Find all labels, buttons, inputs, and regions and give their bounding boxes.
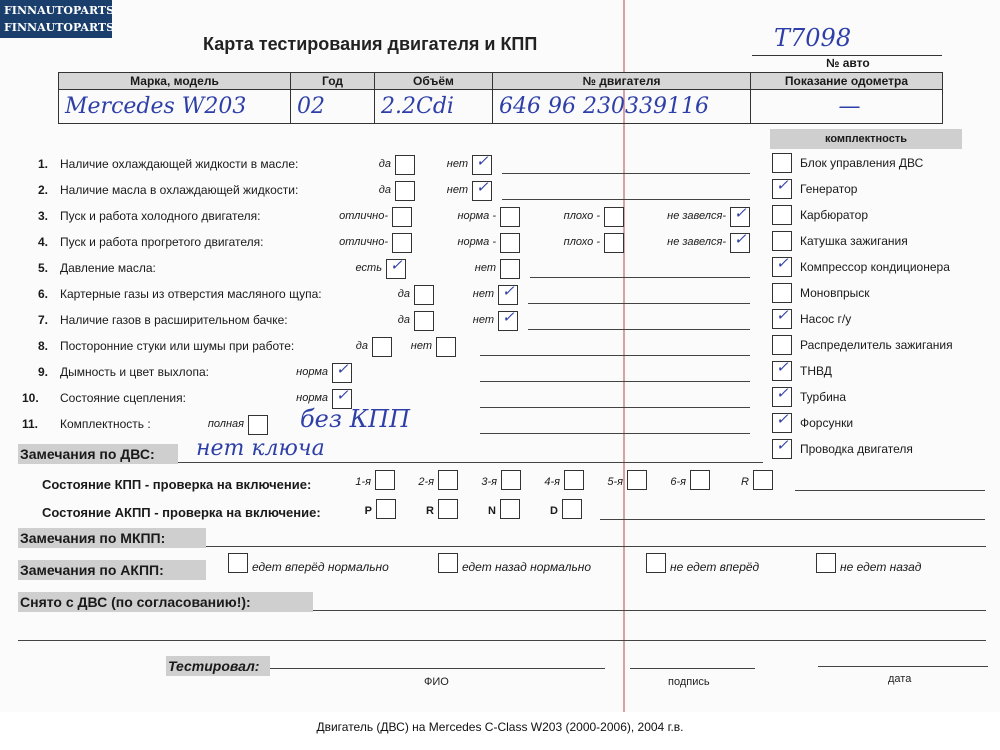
option-label: плохо - xyxy=(564,236,600,248)
option-label: не завелся- xyxy=(667,236,726,248)
item-number: 5. xyxy=(38,261,48,275)
gear-label: 4-я xyxy=(544,476,560,488)
completeness-item-label: ТНВД xyxy=(800,364,832,378)
check-item-label: Давление масла: xyxy=(60,261,156,275)
item-number: 2. xyxy=(38,183,48,197)
position-label: N xyxy=(488,505,496,517)
option-label: да xyxy=(379,184,391,196)
item-number: 11. xyxy=(22,417,38,431)
gear-label: 5-я xyxy=(607,476,623,488)
engine-remarks-label: Замечания по ДВС: xyxy=(18,444,178,464)
option-label: плохо - xyxy=(564,210,600,222)
check-mark-icon: ✓ xyxy=(502,308,515,326)
option-label: нет xyxy=(473,288,494,300)
check-mark-icon: ✓ xyxy=(776,176,789,194)
removed-line-1 xyxy=(313,610,986,611)
completeness-checkbox[interactable] xyxy=(772,283,792,303)
item-number: 1. xyxy=(38,157,48,171)
completeness-item-label: Катушка зажигания xyxy=(800,234,908,248)
kpp-line xyxy=(795,490,985,491)
vehicle-info-table: Марка, модель Год Объём № двигателя Пока… xyxy=(58,72,943,124)
gear-checkbox[interactable] xyxy=(438,470,458,490)
completeness-item-label: Проводка двигателя xyxy=(800,442,913,456)
check-mark-icon: ✓ xyxy=(776,436,789,454)
option-label: есть xyxy=(356,262,382,274)
gear-label: R xyxy=(741,476,749,488)
position-checkbox[interactable] xyxy=(562,499,582,519)
completeness-checkbox[interactable]: ✓ xyxy=(772,413,792,433)
option-checkbox[interactable] xyxy=(372,337,392,357)
car-number-box: Т7098 xyxy=(752,22,942,56)
gear-checkbox[interactable] xyxy=(564,470,584,490)
option-checkbox[interactable]: ✓ xyxy=(730,233,750,253)
completeness-item-label: Компрессор кондиционера xyxy=(800,260,950,274)
completeness-header: комплектность xyxy=(770,129,962,149)
gear-checkbox[interactable] xyxy=(375,470,395,490)
answer-line xyxy=(528,303,750,304)
akpp-remark-checkbox[interactable] xyxy=(228,553,248,573)
gear-label: 3-я xyxy=(481,476,497,488)
option-label: нет xyxy=(411,340,432,352)
completeness-checkbox[interactable]: ✓ xyxy=(772,439,792,459)
completeness-checkbox[interactable] xyxy=(772,205,792,225)
gear-checkbox[interactable] xyxy=(501,470,521,490)
image-caption: Двигатель (ДВС) на Mercedes C-Class W203… xyxy=(0,720,1000,734)
option-label: норма xyxy=(296,366,328,378)
option-label: нет xyxy=(473,314,494,326)
completeness-item-label: Форсунки xyxy=(800,416,853,430)
akpp-remark-checkbox[interactable] xyxy=(438,553,458,573)
option-checkbox[interactable] xyxy=(500,207,520,227)
completeness-item-label: Турбина xyxy=(800,390,846,404)
car-number-handwritten: Т7098 xyxy=(774,24,851,52)
signature-line xyxy=(630,668,755,669)
item-number: 9. xyxy=(38,365,48,379)
logo-line-1: FINNAUTOPARTS xyxy=(4,2,108,19)
watermark-logo: FINNAUTOPARTS FINNAUTOPARTS xyxy=(0,0,112,38)
item-number: 6. xyxy=(38,287,48,301)
engine-remarks-line xyxy=(178,462,763,463)
check-mark-icon: ✓ xyxy=(502,282,515,300)
position-label: P xyxy=(365,505,372,517)
completeness-checkbox[interactable]: ✓ xyxy=(772,309,792,329)
year-value: 02 xyxy=(291,90,375,124)
signature-caption: подпись xyxy=(668,676,710,688)
logo-line-2: FINNAUTOPARTS xyxy=(4,19,108,36)
car-number-label: № авто xyxy=(826,56,870,70)
option-checkbox[interactable]: ✓ xyxy=(472,181,492,201)
engine-number-value: 646 96 230339116 xyxy=(493,90,751,124)
option-label: отлично- xyxy=(339,236,388,248)
check-mark-icon: ✓ xyxy=(776,358,789,376)
col-year: Год xyxy=(291,73,375,90)
position-label: R xyxy=(426,505,434,517)
option-checkbox[interactable]: ✓ xyxy=(498,311,518,331)
check-item-label: Наличие газов в расширительном бачке: xyxy=(60,313,288,327)
make-model-value: Mercedes W203 xyxy=(59,90,291,124)
tested-by-label: Тестировал: xyxy=(166,656,270,676)
completeness-checkbox[interactable]: ✓ xyxy=(772,361,792,381)
position-checkbox[interactable] xyxy=(376,499,396,519)
check-mark-icon: ✓ xyxy=(734,230,747,248)
option-label: нет xyxy=(447,158,468,170)
check-item-label: Посторонние стуки или шумы при работе: xyxy=(60,339,294,353)
completeness-item-label: Карбюратор xyxy=(800,208,868,222)
option-checkbox[interactable] xyxy=(248,415,268,435)
item-number: 8. xyxy=(38,339,48,353)
akpp-remark-checkbox[interactable] xyxy=(816,553,836,573)
completeness-item-label: Блок управления ДВС xyxy=(800,156,923,170)
check-mark-icon: ✓ xyxy=(776,384,789,402)
akpp-remark-label: не едет вперёд xyxy=(670,560,759,574)
col-engine-number: № двигателя xyxy=(493,73,751,90)
option-checkbox[interactable] xyxy=(414,285,434,305)
option-label: да xyxy=(398,314,410,326)
engine-remarks-handwritten: нет ключа xyxy=(196,436,325,461)
check-item-label: Дымность и цвет выхлопа: xyxy=(60,365,209,379)
option-checkbox[interactable]: ✓ xyxy=(472,155,492,175)
check-item-label: Картерные газы из отверстия масляного щу… xyxy=(60,287,322,301)
gear-checkbox[interactable] xyxy=(627,470,647,490)
date-line xyxy=(818,666,988,667)
option-checkbox[interactable] xyxy=(500,233,520,253)
akpp-check-label: Состояние АКПП - проверка на включение: xyxy=(42,505,321,520)
akpp-remark-checkbox[interactable] xyxy=(646,553,666,573)
odometer-value: — xyxy=(751,90,943,124)
option-label: полная xyxy=(208,418,244,430)
option-label: отлично- xyxy=(339,210,388,222)
option-checkbox[interactable] xyxy=(604,233,624,253)
completeness-note-handwritten: без КПП xyxy=(300,405,410,433)
position-label: D xyxy=(550,505,558,517)
option-checkbox[interactable] xyxy=(604,207,624,227)
answer-line xyxy=(480,433,750,434)
check-mark-icon: ✓ xyxy=(776,254,789,272)
mkpp-remarks-line xyxy=(206,546,986,547)
completeness-checkbox[interactable]: ✓ xyxy=(772,257,792,277)
gear-label: 6-я xyxy=(670,476,686,488)
option-label: норма xyxy=(296,392,328,404)
option-checkbox[interactable] xyxy=(436,337,456,357)
gear-checkbox[interactable] xyxy=(690,470,710,490)
option-checkbox[interactable]: ✓ xyxy=(386,259,406,279)
option-label: норма - xyxy=(457,236,496,248)
check-mark-icon: ✓ xyxy=(390,256,403,274)
gear-label: 2-я xyxy=(418,476,434,488)
check-item-label: Наличие охлаждающей жидкости в масле: xyxy=(60,157,298,171)
option-label: нет xyxy=(447,184,468,196)
option-checkbox[interactable] xyxy=(414,311,434,331)
option-label: да xyxy=(398,288,410,300)
answer-line xyxy=(502,199,750,200)
option-checkbox[interactable] xyxy=(500,259,520,279)
check-item-label: Состояние сцепления: xyxy=(60,391,186,405)
gear-label: 1-я xyxy=(355,476,371,488)
check-item-label: Наличие масла в охлаждающей жидкости: xyxy=(60,183,298,197)
completeness-checkbox[interactable] xyxy=(772,231,792,251)
mkpp-remarks-label: Замечания по МКПП: xyxy=(18,528,206,548)
answer-line xyxy=(528,329,750,330)
completeness-checkbox[interactable] xyxy=(772,153,792,173)
col-make-model: Марка, модель xyxy=(59,73,291,90)
answer-line xyxy=(530,277,750,278)
kpp-check-label: Состояние КПП - проверка на включение: xyxy=(42,477,311,492)
option-checkbox[interactable]: ✓ xyxy=(332,363,352,383)
item-number: 4. xyxy=(38,235,48,249)
col-odometer: Показание одометра xyxy=(751,73,943,90)
option-checkbox[interactable] xyxy=(395,155,415,175)
completeness-item-label: Насос г/у xyxy=(800,312,851,326)
gear-checkbox[interactable] xyxy=(753,470,773,490)
check-item-label: Комплектность : xyxy=(60,417,151,431)
check-mark-icon: ✓ xyxy=(734,204,747,222)
answer-line xyxy=(502,173,750,174)
option-checkbox[interactable]: ✓ xyxy=(730,207,750,227)
completeness-checkbox[interactable] xyxy=(772,335,792,355)
check-mark-icon: ✓ xyxy=(776,306,789,324)
completeness-item-label: Распределитель зажигания xyxy=(800,338,953,352)
option-label: норма - xyxy=(457,210,496,222)
option-checkbox[interactable]: ✓ xyxy=(498,285,518,305)
item-number: 7. xyxy=(38,313,48,327)
akpp-remark-label: едет назад нормально xyxy=(462,560,591,574)
option-label: да xyxy=(379,158,391,170)
akpp-line xyxy=(600,519,985,520)
removed-line-2 xyxy=(18,640,986,641)
position-checkbox[interactable] xyxy=(500,499,520,519)
completeness-checkbox[interactable]: ✓ xyxy=(772,387,792,407)
check-item-label: Пуск и работа прогретого двигателя: xyxy=(60,235,264,249)
fio-line xyxy=(270,668,605,669)
akpp-remark-label: не едет назад xyxy=(840,560,921,574)
item-number: 3. xyxy=(38,209,48,223)
option-label: не завелся- xyxy=(667,210,726,222)
check-mark-icon: ✓ xyxy=(476,178,489,196)
check-mark-icon: ✓ xyxy=(336,386,349,404)
option-checkbox[interactable] xyxy=(392,207,412,227)
volume-value: 2.2Cdi xyxy=(375,90,493,124)
completeness-checkbox[interactable]: ✓ xyxy=(772,179,792,199)
option-label: да xyxy=(356,340,368,352)
completeness-item-label: Генератор xyxy=(800,182,857,196)
date-caption: дата xyxy=(888,673,911,685)
akpp-remark-label: едет вперёд нормально xyxy=(252,560,389,574)
page-title: Карта тестирования двигателя и КПП xyxy=(203,34,537,55)
fio-caption: ФИО xyxy=(424,676,449,688)
check-mark-icon: ✓ xyxy=(336,360,349,378)
answer-line xyxy=(480,355,750,356)
item-number: 10. xyxy=(22,391,39,405)
check-mark-icon: ✓ xyxy=(476,152,489,170)
check-item-label: Пуск и работа холодного двигателя: xyxy=(60,209,260,223)
answer-line xyxy=(480,407,750,408)
position-checkbox[interactable] xyxy=(438,499,458,519)
akpp-remarks-label: Замечания по АКПП: xyxy=(18,560,206,580)
option-checkbox[interactable] xyxy=(395,181,415,201)
option-checkbox[interactable] xyxy=(392,233,412,253)
option-label: нет xyxy=(475,262,496,274)
check-mark-icon: ✓ xyxy=(776,410,789,428)
removed-label: Снято с ДВС (по согласованию!): xyxy=(18,592,313,612)
completeness-item-label: Моновпрыск xyxy=(800,286,870,300)
answer-line xyxy=(480,381,750,382)
col-volume: Объём xyxy=(375,73,493,90)
